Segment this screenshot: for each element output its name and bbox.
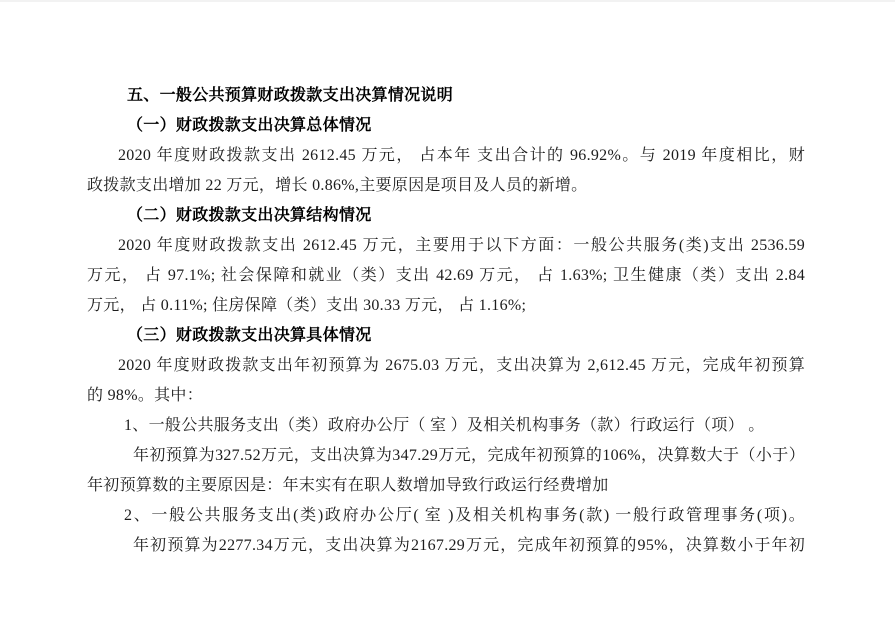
document-page: 五、一般公共预算财政拨款支出决算情况说明 （一）财政拨款支出决算总体情况 202… [0, 0, 895, 632]
subsection-1-paragraph-line: 政拨款支出增加 22 万元，增长 0.86%,主要原因是项目及人员的新增。 [87, 171, 805, 201]
subsection-2-paragraph-line: 2020 年度财政拨款支出 2612.45 万元，主要用于以下方面：一般公共服务… [87, 231, 805, 261]
subsection-3-paragraph-line: 的 98%。其中： [87, 381, 805, 411]
subsection-3-item-2-detail-line: 年初预算为2277.34万元，支出决算为2167.29万元，完成年初预算的95%… [87, 531, 805, 561]
subsection-3-item-1-detail-line: 年初预算为327.52万元，支出决算为347.29万元，完成年初预算的106%，… [87, 441, 805, 471]
section-5-heading: 五、一般公共预算财政拨款支出决算情况说明 [87, 81, 805, 111]
subsection-3-item-1-line: 1、一般公共服务支出（类）政府办公厅（ 室 ）及相关机构事务（款）行政运行（项）… [87, 411, 805, 441]
subsection-1-paragraph-line: 2020 年度财政拨款支出 2612.45 万元， 占本年 支出合计的 96.9… [87, 141, 805, 171]
subsection-2-paragraph-line: 万元， 占 97.1%; 社会保障和就业（类）支出 42.69 万元， 占 1.… [87, 261, 805, 291]
subsection-2-heading: （二）财政拨款支出决算结构情况 [87, 201, 805, 231]
subsection-1-heading: （一）财政拨款支出决算总体情况 [87, 111, 805, 141]
subsection-3-item-1-detail-line: 年初预算数的主要原因是：年末实有在职人数增加导致行政运行经费增加 [87, 471, 805, 501]
page-top-edge [0, 0, 895, 2]
subsection-3-heading: （三）财政拨款支出决算具体情况 [87, 321, 805, 351]
subsection-3-paragraph-line: 2020 年度财政拨款支出年初预算为 2675.03 万元，支出决算为 2,61… [87, 351, 805, 381]
document-text-block: 五、一般公共预算财政拨款支出决算情况说明 （一）财政拨款支出决算总体情况 202… [87, 81, 805, 561]
subsection-3-item-2-line: 2、一般公共服务支出(类)政府办公厅( 室 )及相关机构事务(款) 一般行政管理… [87, 501, 805, 531]
subsection-2-paragraph-line: 万元， 占 0.11%; 住房保障（类）支出 30.33 万元， 占 1.16%… [87, 291, 805, 321]
